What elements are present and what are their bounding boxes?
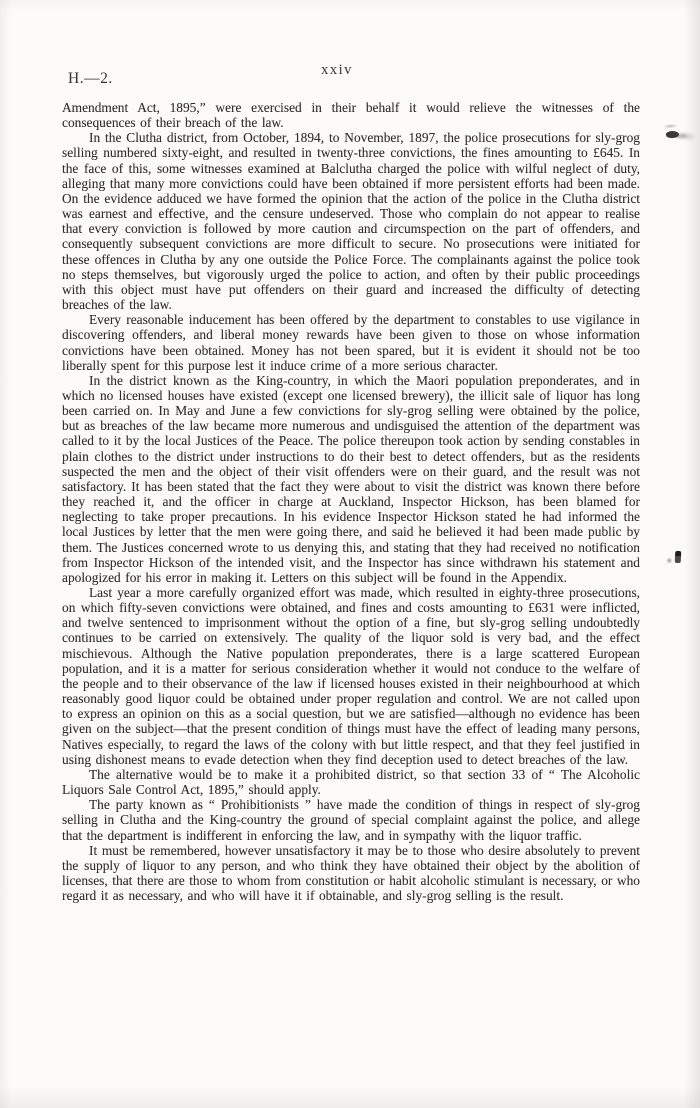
document-body: Amendment Act, 1895,” were exercised in … — [62, 100, 640, 903]
paragraph: The party known as “ Prohibitionists ” h… — [62, 797, 640, 842]
paragraph: The alternative would be to make it a pr… — [62, 767, 640, 797]
paragraph: Last year a more carefully organized eff… — [62, 585, 640, 767]
report-reference: H.—2. — [68, 70, 113, 88]
paragraph: It must be remembered, however unsatisfa… — [62, 843, 640, 904]
ink-smudge-top — [666, 131, 679, 139]
paragraph: Amendment Act, 1895,” were exercised in … — [62, 100, 640, 130]
scanned-page: H.—2. xxiv Amendment Act, 1895,” were ex… — [0, 0, 700, 1108]
page-number: xxiv — [297, 62, 377, 79]
paragraph: In the district known as the King-countr… — [62, 373, 640, 585]
paragraph: In the Clutha district, from October, 18… — [62, 130, 640, 312]
ink-smudge-middle — [675, 551, 682, 563]
paragraph: Every reasonable inducement has been off… — [62, 312, 640, 373]
